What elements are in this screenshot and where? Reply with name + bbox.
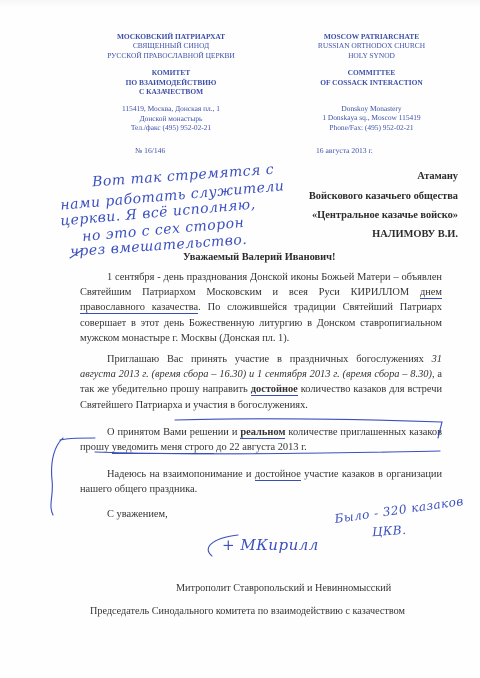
ink-annotations-icon [0, 0, 480, 678]
scanned-letter-page: МОСКОВСКИЙ ПАТРИАРХАТ СВЯЩЕННЫЙ СИНОД РУ… [0, 0, 480, 678]
